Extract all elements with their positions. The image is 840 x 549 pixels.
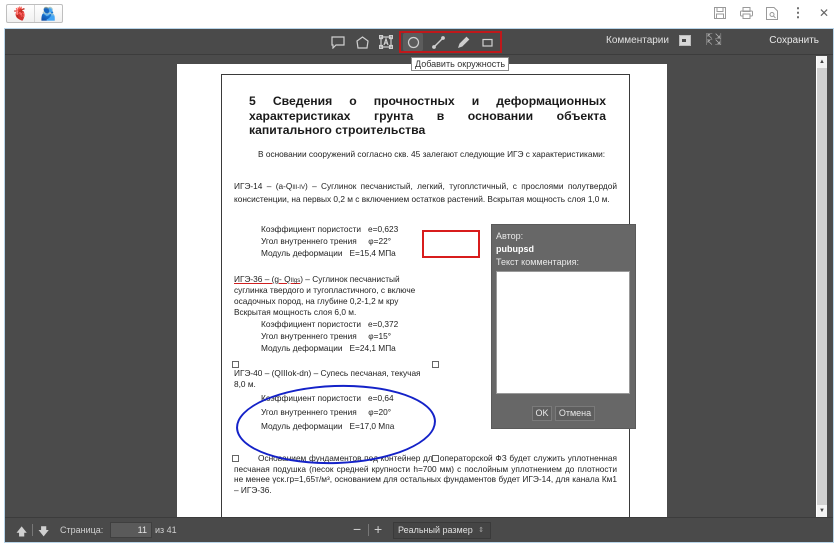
page-total: из 41 xyxy=(155,525,177,535)
comments-button[interactable]: Комментарии xyxy=(606,35,669,46)
ige36-text: ) – Суглинок песчанистый xyxy=(300,274,399,284)
ige36-friction: Угол внутреннего трения φ=15° xyxy=(261,331,391,341)
next-page-icon[interactable]: 🡇 xyxy=(38,523,49,542)
polygon-icon[interactable] xyxy=(352,33,372,51)
cancel-button[interactable]: Отмена xyxy=(555,406,595,421)
presentation-icon[interactable] xyxy=(679,35,691,46)
ige14-modulus: Модуль деформации E=15,4 МПа xyxy=(261,248,396,258)
document-viewer: Комментарии ⇱⇲⇱⇲ Сохранить Добавить окру… xyxy=(4,28,834,543)
ige36-porosity: Коэффициент пористости e=0,372 xyxy=(261,319,398,329)
zoom-out-icon[interactable]: − xyxy=(353,521,361,537)
intro-paragraph: В основании сооружений согласно скв. 45 … xyxy=(234,149,617,160)
resize-handle[interactable] xyxy=(432,361,439,368)
resize-handle[interactable] xyxy=(232,361,239,368)
back-button[interactable]: 🫀 xyxy=(7,5,34,22)
heading-line: 5 Сведения о прочностных и деформационны… xyxy=(249,94,606,109)
ige36-modulus: Модуль деформации E=24,1 МПа xyxy=(261,343,396,353)
resize-handle[interactable] xyxy=(432,455,439,462)
page-number-input[interactable] xyxy=(110,522,152,538)
annotation-toolbar: Комментарии ⇱⇲⇱⇲ Сохранить xyxy=(5,29,833,55)
zoom-level-select[interactable]: Реальный размер ⇕ xyxy=(393,522,491,539)
author-label: Автор: xyxy=(496,231,523,241)
chevron-updown-icon: ⇕ xyxy=(478,523,484,538)
page-frame: 5 Сведения о прочностных и деформационны… xyxy=(221,74,630,517)
tooltip: Добавить окружность xyxy=(411,57,509,71)
rectangle-annotation[interactable] xyxy=(422,230,480,258)
fullscreen-icon[interactable]: ⇱⇲⇱⇲ xyxy=(706,34,718,47)
scroll-up-icon[interactable]: ▲ xyxy=(817,56,827,68)
page-label: Страница: xyxy=(60,525,103,535)
divider xyxy=(32,524,33,536)
print-icon[interactable] xyxy=(738,5,754,21)
ige14-paragraph: ИГЭ-14 – (a-QIII-IV) – Суглинок песчанис… xyxy=(234,181,617,204)
page-navigation-bar: 🡅 🡇 Страница: из 41 − + Реальный размер … xyxy=(5,517,833,542)
save-icon[interactable] xyxy=(712,5,728,21)
shape-tools-highlight xyxy=(399,31,502,53)
arrow-left-icon: 🫀 xyxy=(12,6,28,22)
ige14-friction: Угол внутреннего трения φ=22° xyxy=(261,236,391,246)
document-page: 5 Сведения о прочностных и деформационны… xyxy=(177,64,667,517)
window-actions: ⋮ ✕ xyxy=(712,4,832,22)
ige14-label: ИГЭ-14 – (a-Q xyxy=(234,181,292,191)
ige14-porosity: Коэффициент пористости e=0,623 xyxy=(261,224,398,234)
vertical-scrollbar[interactable]: ▲ ▼ xyxy=(816,56,827,517)
preview-icon[interactable] xyxy=(764,5,780,21)
author-name: pubupsd xyxy=(496,244,534,254)
comment-icon[interactable] xyxy=(328,33,348,51)
comment-text-label: Текст комментария: xyxy=(496,257,579,267)
heading-line: капитального строительства xyxy=(249,123,606,138)
arrow-right-icon: 🫂 xyxy=(40,6,56,22)
ige14-sub: III-IV xyxy=(292,185,305,191)
history-nav: 🫀 🫂 xyxy=(6,4,63,23)
close-icon[interactable]: ✕ xyxy=(816,5,832,21)
save-button[interactable]: Сохранить xyxy=(769,35,819,46)
ok-button[interactable]: OK xyxy=(532,406,552,421)
zoom-level-value: Реальный размер xyxy=(398,525,473,535)
page-viewport: 5 Сведения о прочностных и деформационны… xyxy=(5,56,833,517)
ige36-label: ИГЭ-36 – (g- Q xyxy=(234,274,291,284)
section-heading: 5 Сведения о прочностных и деформационны… xyxy=(249,94,606,138)
heading-line: характеристиках грунта в основании объек… xyxy=(249,109,606,124)
text-box-icon[interactable] xyxy=(376,33,396,51)
forward-button[interactable]: 🫂 xyxy=(34,5,62,22)
scroll-down-icon[interactable]: ▼ xyxy=(817,505,827,517)
resize-handle[interactable] xyxy=(232,455,239,462)
zoom-in-icon[interactable]: + xyxy=(374,521,382,537)
divider xyxy=(368,524,369,536)
more-icon[interactable]: ⋮ xyxy=(790,5,806,21)
ige36-sub: IIgs xyxy=(291,278,301,284)
comment-textarea[interactable] xyxy=(496,271,630,394)
comment-dialog: Автор: pubupsd Текст комментария: OK Отм… xyxy=(491,224,636,429)
previous-page-icon[interactable]: 🡅 xyxy=(16,523,27,542)
